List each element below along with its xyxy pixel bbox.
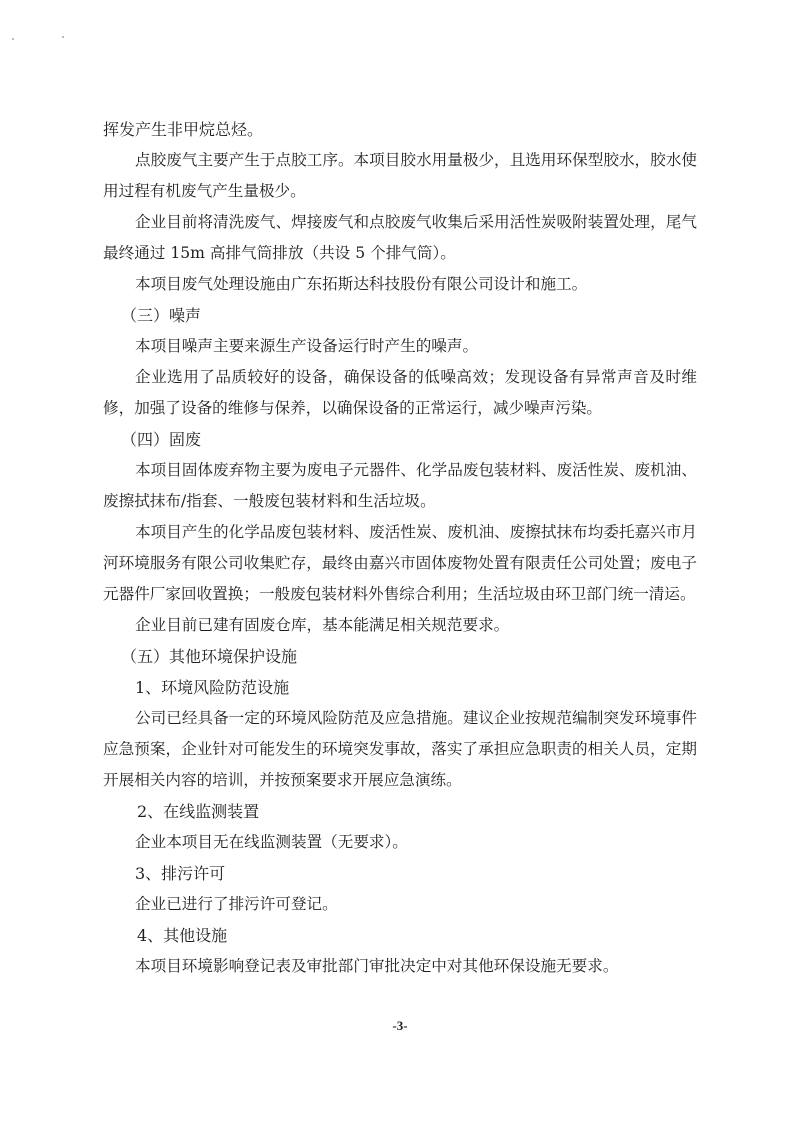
- paragraph-designer: 本项目废气处理设施由广东拓斯达科技股份有限公司设计和施工。: [103, 269, 697, 300]
- paragraph-solid-types: 本项目固体废弃物主要为废电子元器件、化学品废包装材料、废活性炭、废机油、废擦拭抹…: [103, 455, 697, 517]
- continuation-line: 挥发产生非甲烷总烃。: [103, 114, 697, 145]
- paragraph-other-facilities: 本项目环境影响登记表及审批部门审批决定中对其他环保设施无要求。: [103, 951, 697, 982]
- paragraph-online-monitoring: 企业本项目无在线监测装置（无要求）。: [103, 827, 697, 858]
- scan-speck: [12, 38, 14, 40]
- subheading-risk-prevention: 1、环境风险防范设施: [103, 672, 697, 703]
- subheading-other-facilities: 4、其他设施: [103, 920, 697, 951]
- subheading-discharge-permit: 3、排污许可: [103, 858, 697, 889]
- paragraph-discharge-permit: 企业已进行了排污许可登记。: [103, 889, 697, 920]
- paragraph-solid-storage: 企业目前已建有固废仓库，基本能满足相关规范要求。: [103, 610, 697, 641]
- section-heading-other-facilities: （五）其他环境保护设施: [103, 641, 697, 672]
- document-page: 挥发产生非甲烷总烃。 点胶废气主要产生于点胶工序。本项目胶水用量极少，且选用环保…: [103, 114, 697, 982]
- section-heading-solid-waste: （四）固废: [103, 424, 697, 455]
- section-heading-noise: （三）噪声: [103, 300, 697, 331]
- scan-speck: [62, 36, 64, 38]
- paragraph-risk-prevention: 公司已经具备一定的环境风险防范及应急措施。建议企业按规范编制突发环境事件应急预案…: [103, 703, 697, 796]
- paragraph-glue-gas: 点胶废气主要产生于点胶工序。本项目胶水用量极少，且选用环保型胶水，胶水使用过程有…: [103, 145, 697, 207]
- paragraph-solid-disposal: 本项目产生的化学品废包装材料、废活性炭、废机油、废擦拭抹布均委托嘉兴市月河环境服…: [103, 517, 697, 610]
- page-number: -3-: [0, 1018, 800, 1034]
- subheading-online-monitoring: 2、在线监测装置: [103, 796, 697, 827]
- paragraph-treatment: 企业目前将清洗废气、焊接废气和点胶废气收集后采用活性炭吸附装置处理，尾气最终通过…: [103, 207, 697, 269]
- paragraph-noise-source: 本项目噪声主要来源生产设备运行时产生的噪声。: [103, 331, 697, 362]
- paragraph-noise-measures: 企业选用了品质较好的设备，确保设备的低噪高效；发现设备有异常声音及时维修，加强了…: [103, 362, 697, 424]
